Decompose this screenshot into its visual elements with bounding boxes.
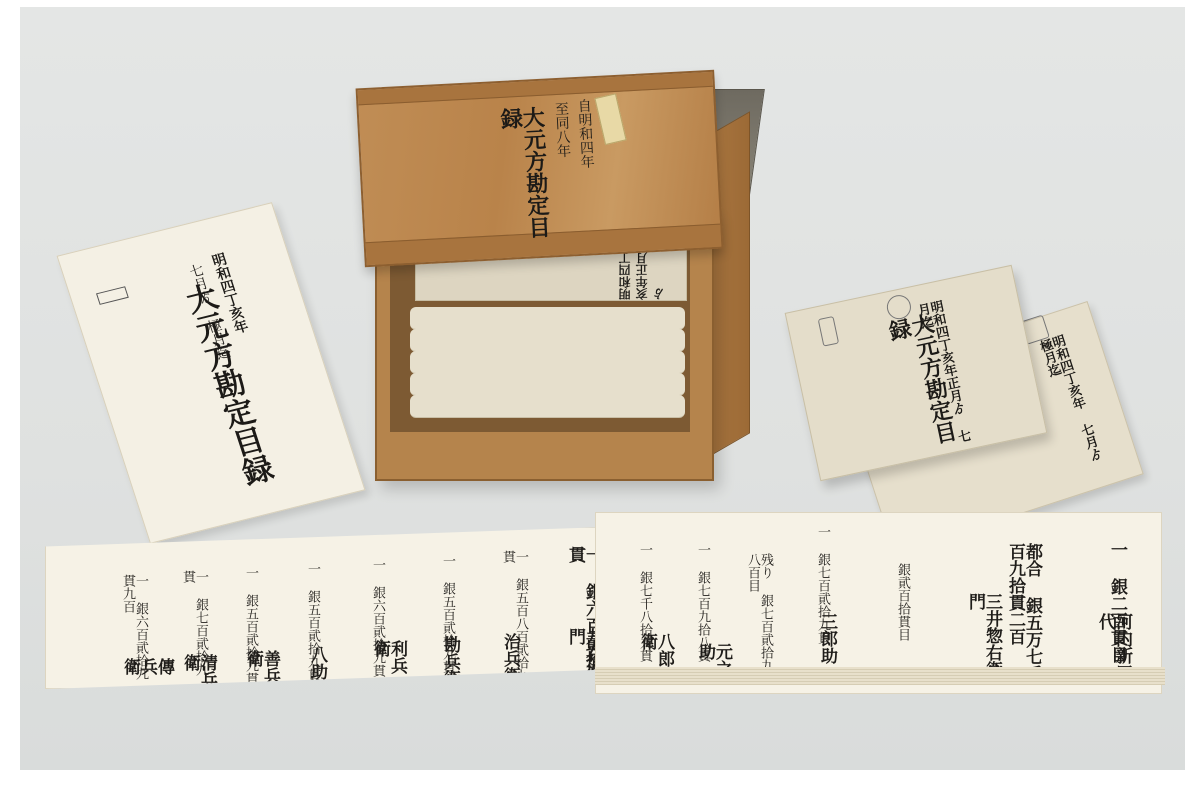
ledger-sign: 善兵衛 (244, 650, 278, 688)
lid-date-from: 自明和四年 (573, 98, 597, 169)
ledger-sign: 八助 (308, 646, 325, 680)
ledger-sheet (410, 351, 685, 374)
ledger-sheet (410, 373, 685, 396)
ledger-entry: 銀貮百拾貫目 (896, 563, 909, 641)
lid-title: 大元方勘定目録 (499, 106, 551, 258)
ledger-sign: 傳兵衛 (121, 658, 172, 688)
label-stamp (818, 316, 839, 347)
lid-date-to: 至同八年 (551, 101, 574, 158)
open-ledger-left-page: 一 銀六百貮拾九貫 九右衛門 一 銀五百八百貮拾九貫 治兵衛 一 銀五百貮拾九貫… (45, 527, 607, 689)
lid-rail-top (358, 72, 713, 106)
ledger-sign: 治兵衛 (501, 633, 518, 684)
ledger-page-edges (595, 667, 1165, 685)
ledger-sheet (410, 307, 685, 330)
ledger-sign: 勘兵衛 (441, 636, 458, 687)
left-ledger-booklet: 明和四丁亥年 七月ゟ 極月迄 大元方勘定目録 (57, 202, 366, 544)
booklet-tag (96, 286, 129, 305)
photograph: 明和四丁亥年正月ゟ 自明和四年 至同八年 大元方勘定目録 明和四丁亥年 七月ゟ … (20, 7, 1185, 770)
ledger-sheet (410, 395, 685, 418)
lid-paper-label (594, 93, 626, 145)
ledger-sheet (410, 329, 685, 352)
ledger-sign: 三郎助 (818, 613, 835, 664)
packet-back-date: 明和四丁亥年 七月ゟ 極月迄 (1037, 334, 1111, 492)
ledger-sign: 清兵衛 (181, 654, 215, 688)
box-lid: 自明和四年 至同八年 大元方勘定目録 (356, 70, 724, 268)
ledger-sign: 利兵衛 (371, 640, 405, 688)
